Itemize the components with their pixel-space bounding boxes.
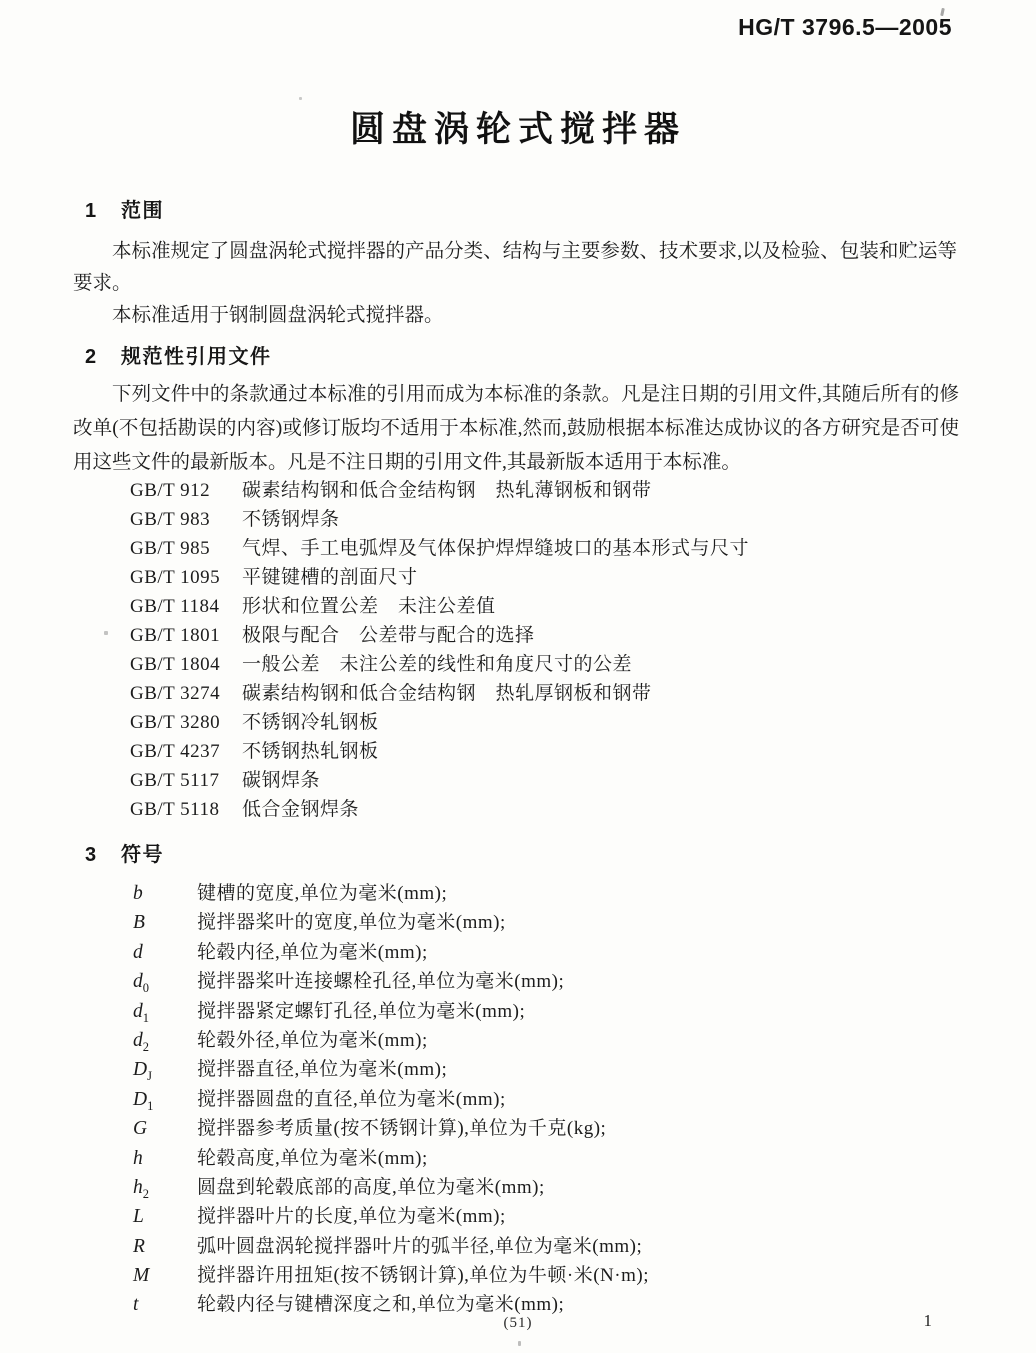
section-1-title: 范围	[121, 200, 164, 222]
reference-code: GB/T 1095	[130, 563, 242, 592]
symbol-letter: h	[133, 1144, 197, 1173]
reference-title: 形状和位置公差 未注公差值	[242, 596, 496, 617]
reference-item: GB/T 3280不锈钢冷轧钢板	[130, 708, 749, 737]
reference-title: 一般公差 未注公差的线性和角度尺寸的公差	[242, 654, 632, 675]
symbol-definition: 轮毂内径,单位为毫米(mm);	[197, 942, 428, 963]
symbol-item: B搅拌器桨叶的宽度,单位为毫米(mm);	[133, 908, 649, 937]
scan-artifact	[299, 97, 302, 100]
symbol-base: h	[133, 1148, 143, 1169]
symbol-letter: L	[133, 1202, 197, 1231]
reference-code: GB/T 4237	[130, 737, 242, 766]
symbol-subscript: 2	[143, 1187, 149, 1201]
symbol-definition: 搅拌器叶片的长度,单位为毫米(mm);	[197, 1206, 506, 1227]
reference-code: GB/T 912	[130, 476, 242, 505]
symbol-definition: 键槽的宽度,单位为毫米(mm);	[197, 883, 447, 904]
reference-item: GB/T 1804一般公差 未注公差的线性和角度尺寸的公差	[130, 650, 749, 679]
symbol-letter: B	[133, 908, 197, 937]
reference-item: GB/T 5117碳钢焊条	[130, 766, 749, 795]
symbol-item: R弧叶圆盘涡轮搅拌器叶片的弧半径,单位为毫米(mm);	[133, 1232, 649, 1261]
symbol-base: G	[133, 1118, 147, 1139]
symbol-base: t	[133, 1294, 138, 1315]
symbol-definition: 搅拌器直径,单位为毫米(mm);	[197, 1059, 447, 1080]
symbol-item: G搅拌器参考质量(按不锈钢计算),单位为千克(kg);	[133, 1114, 649, 1143]
symbol-subscript: 2	[143, 1040, 149, 1054]
symbol-subscript: 0	[143, 981, 149, 995]
symbol-base: D	[133, 1089, 147, 1110]
page-number: 1	[924, 1311, 933, 1331]
reference-code: GB/T 1801	[130, 621, 242, 650]
reference-code: GB/T 1804	[130, 650, 242, 679]
scope-paragraph-2: 本标准适用于钢制圆盘涡轮式搅拌器。	[73, 300, 957, 332]
section-2-heading: 2规范性引用文件	[85, 340, 272, 369]
reference-title: 不锈钢焊条	[242, 509, 340, 530]
reference-item: GB/T 912碳素结构钢和低合金结构钢 热轧薄钢板和钢带	[130, 476, 749, 505]
reference-code: GB/T 3280	[130, 708, 242, 737]
section-3-title: 符号	[121, 844, 164, 866]
section-3-heading: 3符号	[85, 838, 164, 867]
symbol-definition: 圆盘到轮毂底部的高度,单位为毫米(mm);	[197, 1177, 545, 1198]
reference-item: GB/T 983不锈钢焊条	[130, 505, 749, 534]
symbol-item: h轮毂高度,单位为毫米(mm);	[133, 1144, 649, 1173]
symbol-item: d轮毂内径,单位为毫米(mm);	[133, 938, 649, 967]
symbol-definition: 轮毂外径,单位为毫米(mm);	[197, 1030, 428, 1051]
symbol-base: d	[133, 942, 143, 963]
reference-title: 低合金钢焊条	[242, 799, 359, 820]
reference-code: GB/T 5117	[130, 766, 242, 795]
scan-artifact	[104, 631, 108, 635]
symbol-base: D	[133, 1059, 147, 1080]
reference-title: 碳钢焊条	[242, 770, 320, 791]
reference-title: 碳素结构钢和低合金结构钢 热轧厚钢板和钢带	[242, 683, 652, 704]
symbol-item: d2轮毂外径,单位为毫米(mm);	[133, 1026, 649, 1055]
symbol-definition: 搅拌器参考质量(按不锈钢计算),单位为千克(kg);	[197, 1118, 606, 1139]
section-2-title: 规范性引用文件	[121, 346, 272, 368]
reference-item: GB/T 1184形状和位置公差 未注公差值	[130, 592, 749, 621]
reference-item: GB/T 1801极限与配合 公差带与配合的选择	[130, 621, 749, 650]
reference-title: 极限与配合 公差带与配合的选择	[242, 625, 535, 646]
symbol-definition: 轮毂内径与键槽深度之和,单位为毫米(mm);	[197, 1294, 564, 1315]
symbols-list: b键槽的宽度,单位为毫米(mm); B搅拌器桨叶的宽度,单位为毫米(mm); d…	[133, 879, 649, 1320]
symbol-item: DJ搅拌器直径,单位为毫米(mm);	[133, 1055, 649, 1084]
symbol-letter: M	[133, 1261, 197, 1290]
symbol-base: d	[133, 1001, 143, 1022]
symbol-definition: 搅拌器桨叶的宽度,单位为毫米(mm);	[197, 912, 506, 933]
symbol-definition: 轮毂高度,单位为毫米(mm);	[197, 1148, 428, 1169]
symbol-base: R	[133, 1236, 145, 1257]
symbol-item: L搅拌器叶片的长度,单位为毫米(mm);	[133, 1202, 649, 1231]
reference-code: GB/T 1184	[130, 592, 242, 621]
section-1-number: 1	[85, 200, 99, 223]
symbol-subscript: 1	[143, 1010, 149, 1024]
reference-title: 不锈钢热轧钢板	[242, 741, 379, 762]
reference-item: GB/T 4237不锈钢热轧钢板	[130, 737, 749, 766]
scan-artifact	[518, 1341, 521, 1346]
reference-item: GB/T 1095平键键槽的剖面尺寸	[130, 563, 749, 592]
symbol-base: d	[133, 971, 143, 992]
reference-item: GB/T 5118低合金钢焊条	[130, 795, 749, 824]
symbol-letter: h2	[133, 1173, 197, 1202]
document-page: HG/T 3796.5—2005 圆盘涡轮式搅拌器 1范围 本标准规定了圆盘涡轮…	[0, 0, 1036, 1353]
reference-title: 气焊、手工电弧焊及气体保护焊焊缝坡口的基本形式与尺寸	[242, 538, 749, 559]
symbol-base: h	[133, 1177, 143, 1198]
scope-paragraph-1: 本标准规定了圆盘涡轮式搅拌器的产品分类、结构与主要参数、技术要求,以及检验、包装…	[73, 236, 957, 300]
document-title: 圆盘涡轮式搅拌器	[0, 102, 1036, 152]
section-1-heading: 1范围	[85, 194, 164, 223]
symbol-base: M	[133, 1265, 149, 1286]
symbol-item: b键槽的宽度,单位为毫米(mm);	[133, 879, 649, 908]
symbol-letter: d2	[133, 1026, 197, 1055]
symbol-base: L	[133, 1206, 144, 1227]
reference-code: GB/T 985	[130, 534, 242, 563]
symbol-base: b	[133, 883, 143, 904]
reference-item: GB/T 985气焊、手工电弧焊及气体保护焊焊缝坡口的基本形式与尺寸	[130, 534, 749, 563]
symbol-definition: 搅拌器圆盘的直径,单位为毫米(mm);	[197, 1089, 506, 1110]
reference-code: GB/T 5118	[130, 795, 242, 824]
symbol-item: d1搅拌器紧定螺钉孔径,单位为毫米(mm);	[133, 997, 649, 1026]
reference-title: 碳素结构钢和低合金结构钢 热轧薄钢板和钢带	[242, 480, 652, 501]
section-2-number: 2	[85, 346, 99, 369]
symbol-definition: 搅拌器桨叶连接螺栓孔径,单位为毫米(mm);	[197, 971, 564, 992]
section-3-number: 3	[85, 844, 99, 867]
reference-code: GB/T 3274	[130, 679, 242, 708]
symbol-letter: R	[133, 1232, 197, 1261]
symbol-base: B	[133, 912, 145, 933]
symbol-letter: d	[133, 938, 197, 967]
symbol-item: d0搅拌器桨叶连接螺栓孔径,单位为毫米(mm);	[133, 967, 649, 996]
reference-title: 平键键槽的剖面尺寸	[242, 567, 418, 588]
footer-journal-page: (51)	[0, 1315, 1036, 1332]
symbol-subscript: 1	[147, 1099, 153, 1113]
references-list: GB/T 912碳素结构钢和低合金结构钢 热轧薄钢板和钢带 GB/T 983不锈…	[130, 476, 749, 824]
reference-title: 不锈钢冷轧钢板	[242, 712, 379, 733]
symbol-letter: G	[133, 1114, 197, 1143]
symbol-letter: d1	[133, 997, 197, 1026]
reference-code: GB/T 983	[130, 505, 242, 534]
symbol-definition: 搅拌器许用扭矩(按不锈钢计算),单位为牛顿·米(N·m);	[197, 1265, 649, 1286]
symbol-definition: 弧叶圆盘涡轮搅拌器叶片的弧半径,单位为毫米(mm);	[197, 1236, 642, 1257]
symbol-subscript: J	[147, 1069, 152, 1083]
standard-code: HG/T 3796.5—2005	[738, 14, 952, 41]
symbol-item: M搅拌器许用扭矩(按不锈钢计算),单位为牛顿·米(N·m);	[133, 1261, 649, 1290]
symbol-base: d	[133, 1030, 143, 1051]
symbol-letter: DJ	[133, 1055, 197, 1084]
symbol-item: h2圆盘到轮毂底部的高度,单位为毫米(mm);	[133, 1173, 649, 1202]
references-intro-paragraph: 下列文件中的条款通过本标准的引用而成为本标准的条款。凡是注日期的引用文件,其随后…	[73, 378, 959, 480]
symbol-letter: D1	[133, 1085, 197, 1114]
symbol-definition: 搅拌器紧定螺钉孔径,单位为毫米(mm);	[197, 1001, 525, 1022]
symbol-letter: b	[133, 879, 197, 908]
symbol-item: D1搅拌器圆盘的直径,单位为毫米(mm);	[133, 1085, 649, 1114]
symbol-letter: d0	[133, 967, 197, 996]
reference-item: GB/T 3274碳素结构钢和低合金结构钢 热轧厚钢板和钢带	[130, 679, 749, 708]
